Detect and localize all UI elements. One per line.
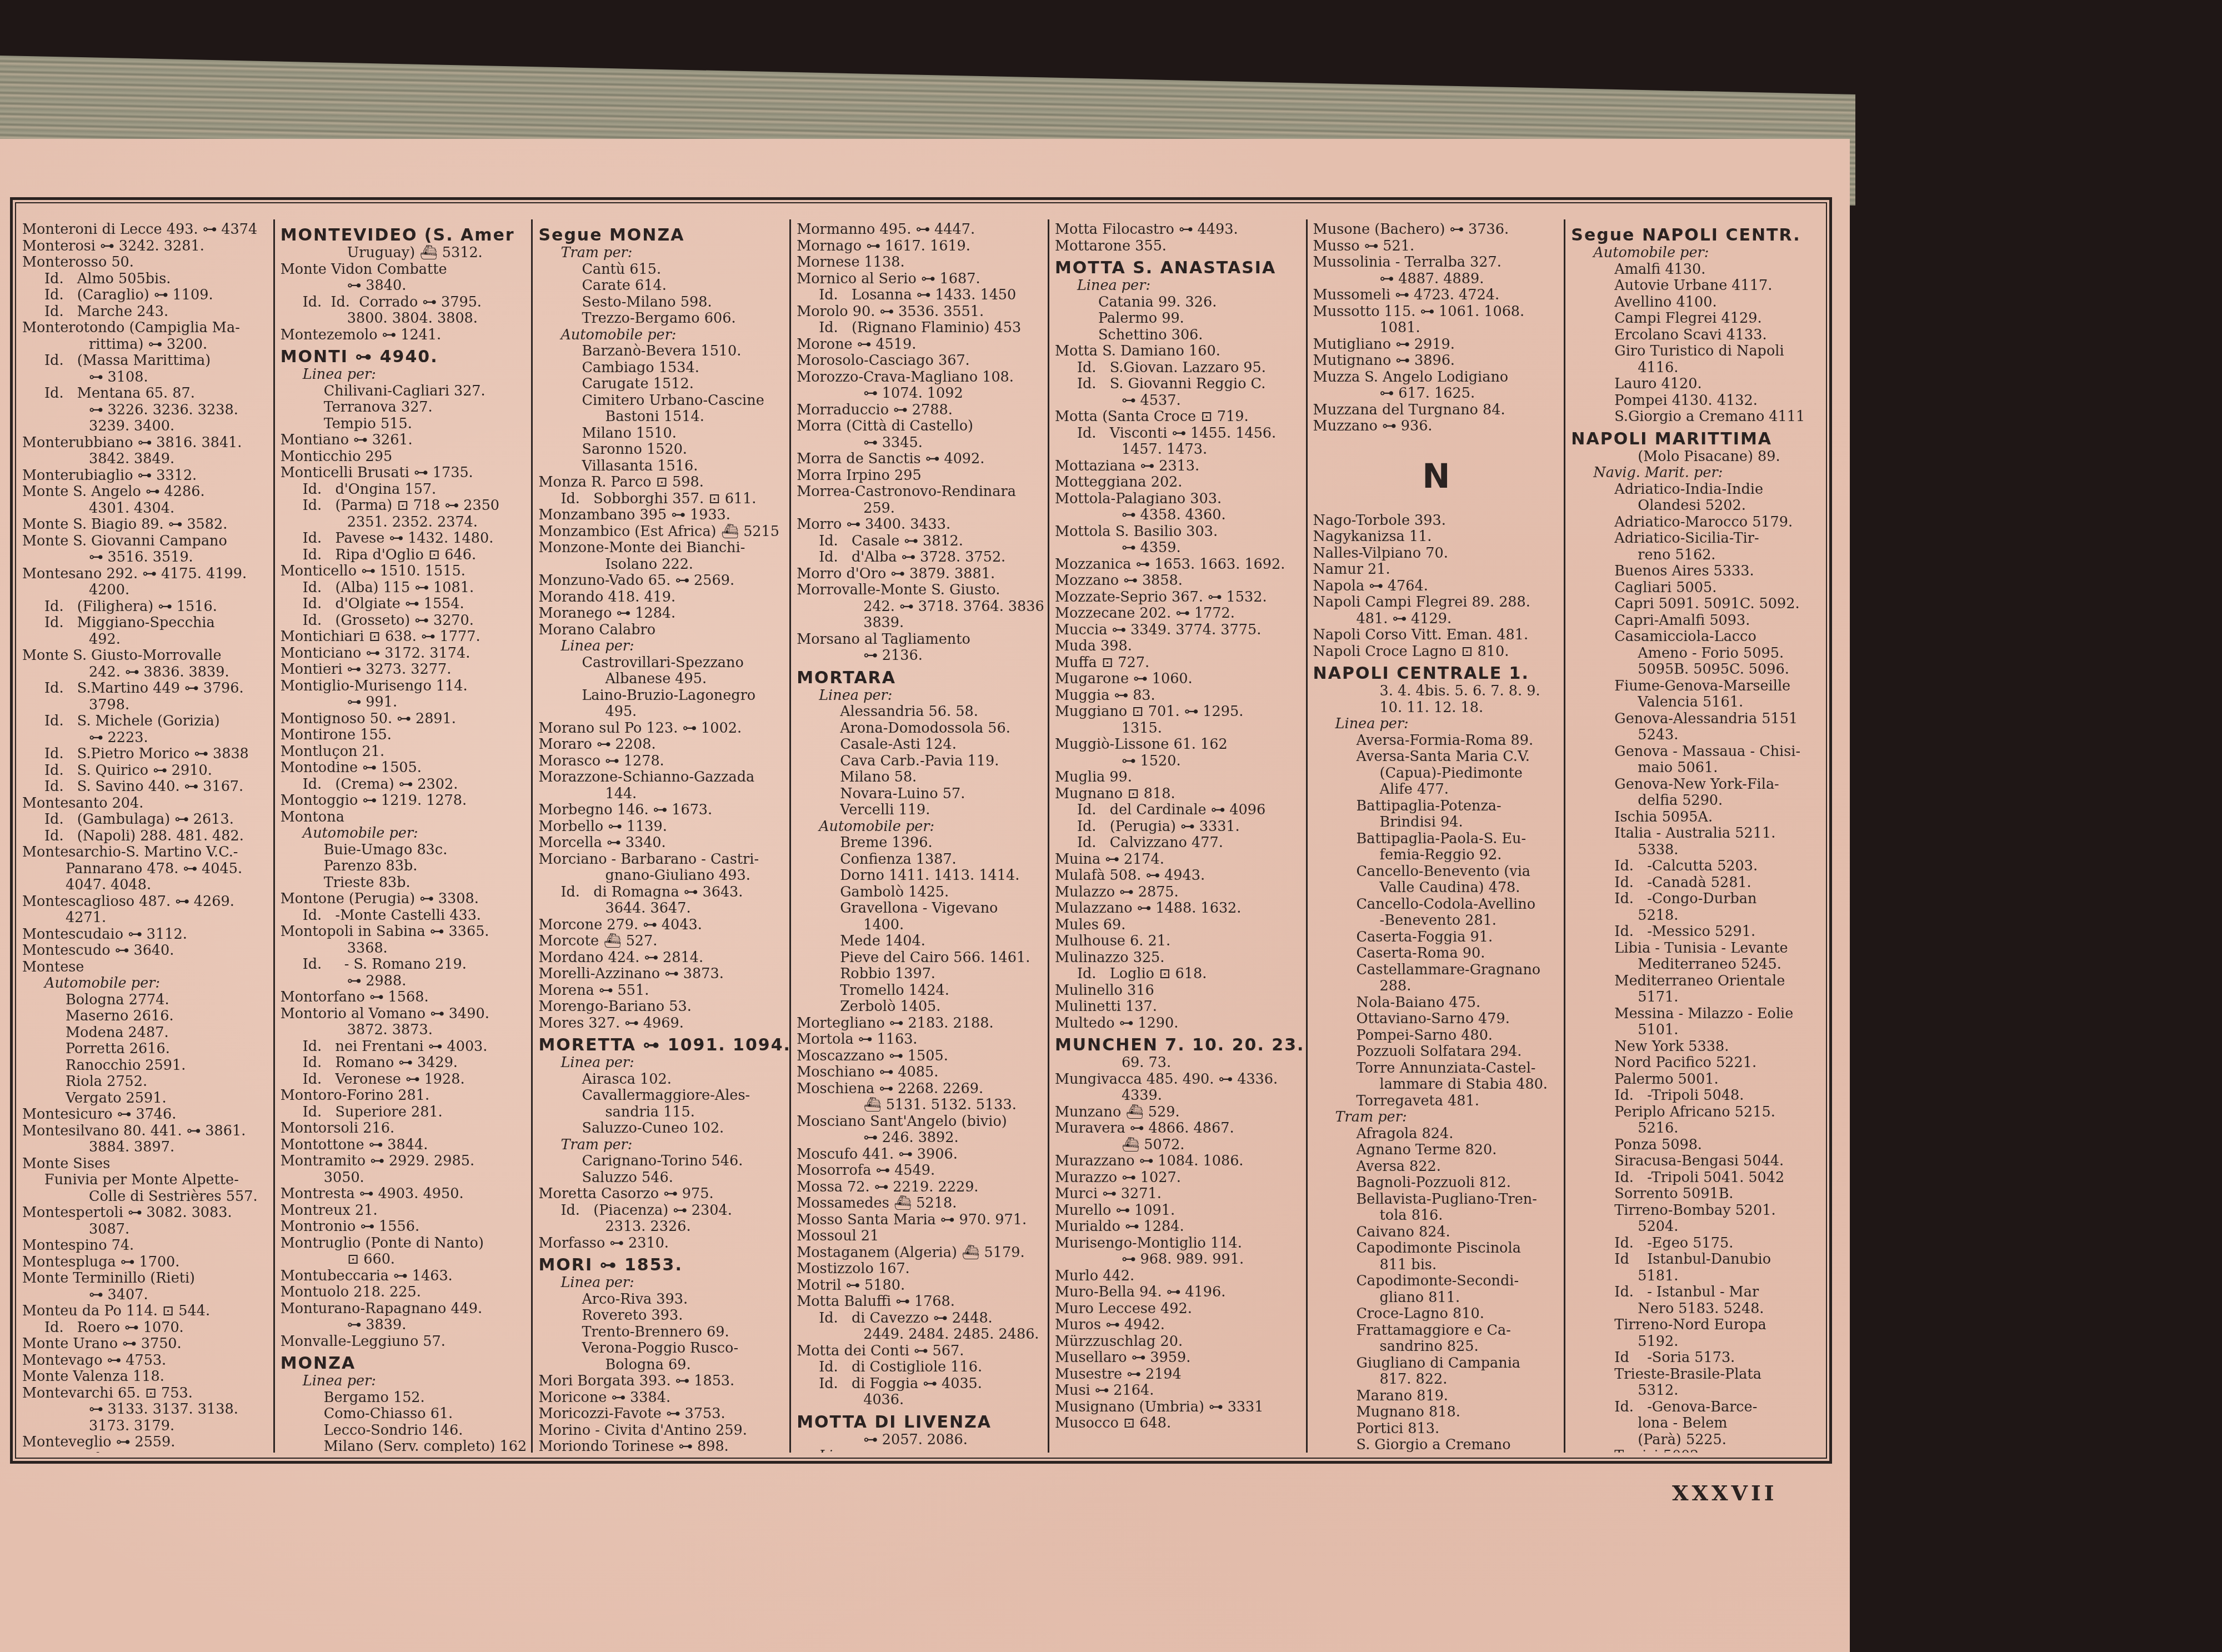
index-entry: 3050. [281,1170,527,1187]
index-entry: Motta Filocastro ⊶ 4493. [1055,222,1302,238]
index-entry: 5101. [1571,1022,1818,1039]
index-entry: Id. di Romagna ⊶ 3643. [538,884,785,901]
index-entry: Murci ⊶ 3271. [1055,1186,1302,1203]
index-entry: ⊶ 3226. 3236. 3238. [22,402,269,419]
index-entry: Montescudo ⊶ 3640. [22,943,269,959]
index-entry: Arona-Domodossola 56. [797,720,1043,737]
index-entry: 5204. [1571,1219,1818,1235]
index-entry: Castrovillari-Spezzano [538,655,785,672]
letter-divider: N [1313,452,1560,502]
index-entry: Pieve del Cairo 566. 1461. [797,950,1043,967]
index-entry: Mozzanica ⊶ 1653. 1663. 1692. [1055,557,1302,573]
index-entry: 69. 73. [1055,1055,1302,1072]
index-entry: Mosorrofa ⊶ 4549. [797,1163,1043,1179]
index-entry: Mürzzuschlag 20. [1055,1334,1302,1350]
index-entry: ⊶ 3345. [797,435,1043,452]
index-entry: Messina - Milazzo - Eolie [1571,1006,1818,1023]
index-entry: Vercelli 119. [797,802,1043,819]
section-heading: MORTARA [797,669,1043,688]
index-entry: Airasca 102. [538,1072,785,1088]
index-entry: Monzambico (Est Africa) ⛴ 5215 [538,524,785,540]
index-entry: Riola 2752. [22,1074,269,1090]
index-entry: Muggia ⊶ 83. [1055,688,1302,704]
index-entry: Croce-Lagno 810. [1313,1306,1560,1323]
index-entry: Genova-Alessandria 5151 [1571,711,1818,728]
index-entry: Montodine ⊶ 1505. [281,760,527,777]
index-entry: Monte S. Angelo ⊶ 4286. [22,484,269,500]
index-entry: 3644. 3647. [538,900,785,917]
index-entry: Saluzzo-Cuneo 102. [538,1120,785,1137]
index-entry: Valle Caudina) 478. [1313,880,1560,897]
index-entry: lammare di Stabia 480. [1313,1077,1560,1093]
index-entry: Mossoul 21 [797,1228,1043,1245]
index-entry: Id. - S. Romano 219. [281,957,527,973]
index-entry: Muravera ⊶ 4866. 4867. [1055,1120,1302,1137]
index-entry: Mugnano ⊡ 818. [1055,786,1302,803]
index-entry: Automobile per: [538,327,785,344]
index-entry: 242. ⊶ 3836. 3839. [22,664,269,681]
index-entry: Id. Almo 505bis. [22,271,269,288]
index-entry: Brindisi 94. [1313,814,1560,831]
index-entry: Chilivani-Cagliari 327. [281,383,527,400]
index-entry: Montevago ⊶ 4753. [22,1353,269,1369]
column-6: Musone (Bachero) ⊶ 3736.Musso ⊶ 521.Muss… [1308,219,1566,1453]
index-entry: Muzza S. Angelo Lodigiano [1313,369,1560,386]
index-entry: Siracusa-Bengasi 5044. [1571,1153,1818,1170]
index-entry: 288. [1313,978,1560,995]
index-entry: Frattamaggiore e Ca- [1313,1323,1560,1339]
index-entry: Montiano ⊶ 3261. [281,432,527,449]
index-entry: Id. S.Pietro Morico ⊶ 3838 [22,746,269,763]
index-entry: Montesarchio-S. Martino V.C.- [22,844,269,861]
index-entry: Montoggio ⊶ 1219. 1278. [281,793,527,809]
index-entry: Mornago ⊶ 1617. 1619. [797,238,1043,255]
index-entry: ⊶ 617. 1625. [1313,386,1560,402]
index-entry: Id. -Tripoli 5041. 5042 [1571,1170,1818,1187]
index-entry: ⊶ 2136. [797,648,1043,664]
index-entry: Morelli-Azzinano ⊶ 3873. [538,966,785,983]
index-entry: ⛴ 5131. 5132. 5133. [797,1097,1043,1114]
index-entry: Id Istanbul-Danubio [1571,1251,1818,1268]
index-entry: Monte S. Giovanni Campano [22,533,269,550]
index-entry: Bergamo 152. [281,1390,527,1406]
index-entry: Morena ⊶ 551. [538,983,785,999]
index-entry: Sorrento 5091B. [1571,1186,1818,1203]
index-entry: Buenos Aires 5333. [1571,563,1818,580]
column-2: MONTEVIDEO (S. AmerUruguay) ⛴ 5312.Monte… [275,219,533,1453]
index-entry: 5338. [1571,842,1818,859]
index-entry: Linea per: [538,1275,785,1291]
index-entry: Montesilvano 80. 441. ⊶ 3861. [22,1123,269,1140]
index-entry: Aversa 822. [1313,1159,1560,1175]
index-entry: Breme 1396. [797,835,1043,852]
index-entry: Tempio 515. [281,416,527,433]
index-entry: Tirreno-Bombay 5201. [1571,1203,1818,1219]
index-entry: Albanese 495. [538,671,785,688]
index-entry: 5243. [1571,727,1818,744]
index-entry: Mozzecane 202. ⊶ 1772. [1055,605,1302,622]
index-entry: Musone (Bachero) ⊶ 3736. [1313,222,1560,238]
index-entry: Linea per: [281,367,527,383]
index-entry: Pompei-Sarno 480. [1313,1028,1560,1044]
index-entry: Bagnoli-Pozzuoli 812. [1313,1175,1560,1192]
index-entry: Id. Romano ⊶ 3429. [281,1055,527,1072]
column-1: Monteroni di Lecce 493. ⊶ 4374Monterosi … [17,219,275,1453]
index-entry: Bastoni 1514. [538,409,785,425]
index-entry: Id. Mentana 65. 87. [22,386,269,402]
index-entry: Nola-Baiano 475. [1313,995,1560,1012]
index-entry: Verona-Poggio Rusco- [538,1340,785,1357]
index-entry: Id. di Foggia ⊶ 4035. [797,1376,1043,1393]
index-entry: ⊶ 2988. [281,973,527,990]
index-entry: Monteroni di Lecce 493. ⊶ 4374 [22,222,269,238]
index-entry: Isolano 222. [538,557,785,573]
index-entry: Murisengo-Montiglio 114. [1055,1235,1302,1252]
index-entry: Genova-New York-Fila- [1571,777,1818,793]
index-entry: Montescudaio ⊶ 3112. [22,927,269,943]
section-heading: MOTTA DI LIVENZA [797,1413,1043,1432]
index-entry: Mostaganem (Algeria) ⛴ 5179. [797,1245,1043,1261]
index-entry: Mulhouse 6. 21. [1055,933,1302,950]
index-entry: 3800. 3804. 3808. [281,311,527,327]
index-entry: Id. -Canadà 5281. [1571,875,1818,892]
index-entry: (Capua)-Piedimonte [1313,765,1560,782]
index-entry: Robbio 1397. [797,966,1043,983]
index-entry: Id. S. Quirico ⊶ 2910. [22,763,269,779]
index-entry: Mede 1404. [797,933,1043,950]
index-entry: Id. Superiore 281. [281,1104,527,1121]
index-entry: Id. -Egeo 5175. [1571,1235,1818,1252]
index-entry: Muccia ⊶ 3349. 3774. 3775. [1055,622,1302,639]
index-entry: Automobile per: [281,825,527,842]
index-entry: Caivano 824. [1313,1224,1560,1241]
index-entry: Automobile per: [1571,245,1818,262]
index-entry: Mussotto 115. ⊶ 1061. 1068. [1313,304,1560,321]
index-entry: Id. S.Martino 449 ⊶ 3796. [22,680,269,697]
index-entry: Id. -Messico 5291. [1571,924,1818,940]
index-entry: Linea per: [538,638,785,655]
index-entry: Motteggiana 202. [1055,474,1302,491]
index-entry: Id. -Monte Castelli 433. [281,908,527,924]
index-entry: Automobile per: [22,975,269,992]
index-entry: Id. (Gambulaga) ⊶ 2613. [22,812,269,828]
index-entry: 817. 822. [1313,1371,1560,1388]
column-4: Mormanno 495. ⊶ 4447.Mornago ⊶ 1617. 161… [791,219,1049,1453]
index-entry: Id. (Grosseto) ⊶ 3270. [281,613,527,629]
index-entry: 5171. [1571,989,1818,1006]
index-entry: Mottarone 355. [1055,238,1302,255]
index-entry: Montronio ⊶ 1556. [281,1219,527,1235]
index-entry: femia-Reggio 92. [1313,847,1560,864]
index-entry: gliano 811. [1313,1290,1560,1306]
index-entry: ⊶ 3108. [22,369,269,386]
index-entry: Barzanò-Bevera 1510. [538,343,785,360]
section-heading: MONZA [281,1354,527,1373]
index-entry: ⊶ 2057. 2086. [797,1432,1043,1449]
index-entry: Monterubbiano ⊶ 3816. 3841. [22,435,269,452]
index-entry: Genova - Massaua - Chisi- [1571,744,1818,760]
index-entry: (Molo Pisacane) 89. [1571,449,1818,465]
index-entry: Cancello-Benevento (via [1313,864,1560,880]
index-entry: Torregaveta 481. [1313,1093,1560,1110]
index-entry: Morra (Città di Castello) [797,418,1043,435]
index-entry: Agnano Terme 820. [1313,1142,1560,1159]
index-entry: Monterubiaglio ⊶ 3312. [22,468,269,484]
index-entry: Mozzano ⊶ 3858. [1055,573,1302,589]
index-entry: Moriondo Torinese ⊶ 898. [538,1439,785,1453]
index-entry: Montuolo 218. 225. [281,1284,527,1301]
index-entry: Id. (Massa Marittima) [22,353,269,369]
index-entry: Moricozzi-Favote ⊶ 3753. [538,1406,785,1423]
index-entry: Id. d'Alba ⊶ 3728. 3752. [797,549,1043,566]
index-entry: Morra de Sanctis ⊶ 4092. [797,451,1043,468]
index-entry: Libia - Tunisia - Levante [1571,940,1818,957]
index-entry: Moranego ⊶ 1284. [538,605,785,622]
index-entry: S. Giorgio a Cremano [1313,1437,1560,1453]
index-entry: Carignano-Torino 546. [538,1153,785,1170]
section-heading: NAPOLI CENTRALE 1. [1313,664,1560,683]
index-entry: Mottaziana ⊶ 2313. [1055,458,1302,475]
index-entry: Id. (Parma) ⊡ 718 ⊶ 2350 [281,498,527,514]
index-entry: Laino-Bruzio-Lagonegro [538,688,785,704]
index-entry: Navig. Marit. per: [1571,465,1818,482]
index-entry: Dorno 1411. 1413. 1414. [797,868,1043,884]
index-entry: ⊶ 3840. [281,278,527,294]
index-entry: Morcella ⊶ 3340. [538,835,785,852]
index-entry: Montevarchi 65. ⊡ 753. [22,1385,269,1402]
index-entry: Schettino 306. [1055,327,1302,344]
index-entry: Palermo 5001. [1571,1072,1818,1088]
index-entry: Giro Turistico di Napoli [1571,343,1818,360]
index-entry: Montignoso 50. ⊶ 2891. [281,711,527,728]
index-entry: Monteveglio ⊶ 2559. [22,1434,269,1451]
index-entry: delfia 5290. [1571,793,1818,809]
index-entry: Linea per: [281,1373,527,1390]
index-entry: Carugate 1512. [538,376,785,393]
index-entry: 144. [538,786,785,803]
index-entry: Montone (Perugia) ⊶ 3308. [281,891,527,908]
index-entry: Montluçon 21. [281,744,527,760]
index-entry: Musellaro ⊶ 3959. [1055,1350,1302,1366]
index-entry: Muro-Bella 94. ⊶ 4196. [1055,1284,1302,1301]
index-entry: Musi ⊶ 2164. [1055,1383,1302,1399]
index-entry: 3842. 3849. [22,451,269,468]
index-entry: Carate 614. [538,278,785,294]
index-entry: Linea per: [797,688,1043,704]
index-entry: Afragola 824. [1313,1126,1560,1143]
index-entry: Montiglio-Murisengo 114. [281,678,527,695]
index-entry: Como-Chiasso 61. [281,1406,527,1423]
index-entry: Morasco ⊶ 1278. [538,753,785,770]
index-entry: Morraduccio ⊶ 2788. [797,402,1043,419]
index-entry: Trieste-Brasile-Plata [1571,1366,1818,1383]
section-heading: MONTEVIDEO (S. Amer [281,226,527,245]
index-entry: Namur 21. [1313,562,1560,578]
index-entry: Nagykanizsa 11. [1313,529,1560,545]
index-entry: Montruglio (Ponte di Nanto) [281,1235,527,1252]
index-entry: 3173. 3179. [22,1418,269,1435]
index-entry: Automobile per: [797,819,1043,835]
index-entry: S.Giorgio a Cremano 4111 [1571,409,1818,425]
index-entry: Montichiari ⊡ 638. ⊶ 1777. [281,629,527,645]
index-entry: Mottola-Palagiano 303. [1055,491,1302,508]
index-entry: Castellammare-Gragnano [1313,962,1560,979]
index-entry: Autovie Urbane 4117. [1571,278,1818,294]
index-entry: Morone ⊶ 4519. [797,337,1043,353]
index-entry: Amalfi 4130. [1571,262,1818,278]
index-entry: 4339. [1055,1088,1302,1104]
index-entry: Sesto-Milano 598. [538,294,785,311]
index-entry: Muggiano ⊡ 701. ⊶ 1295. [1055,704,1302,720]
index-entry: Id. (Crema) ⊶ 2302. [281,777,527,793]
index-entry: Id. S. Michele (Gorizia) [22,713,269,730]
index-entry: Tram per: [1313,1109,1560,1126]
index-entry: Cancello-Codola-Avellino [1313,897,1560,913]
index-entry: Motta S. Damiano 160. [1055,343,1302,360]
index-entry: 495. [538,704,785,720]
index-entry: Id -Soria 5173. [1571,1350,1818,1366]
index-entry: Mungivacca 485. 490. ⊶ 4336. [1055,1072,1302,1088]
index-entry: 811 bis. [1313,1257,1560,1274]
page-number: XXXVII [1672,1480,1777,1505]
index-entry: ⊶ 4359. [1055,540,1302,557]
index-entry: 1315. [1055,720,1302,737]
index-entry: Mortegliano ⊶ 2183. 2188. [797,1015,1043,1032]
index-entry: Maserno 2616. [22,1008,269,1025]
index-entry: Cimitero Urbano-Cascine [538,393,785,409]
index-entry: Alessandria 56. 58. [797,704,1043,720]
index-entry: Motta (Santa Croce ⊡ 719. [1055,409,1302,425]
index-entry: Saronno 1520. [538,442,785,458]
index-entry: Monticchio 295 [281,449,527,465]
index-entry: Morengo-Bariano 53. [538,999,785,1015]
index-entry: Capri-Amalfi 5093. [1571,613,1818,629]
index-entry: Id. -Calcutta 5203. [1571,858,1818,875]
index-entry: Battipaglia-Potenza- [1313,798,1560,815]
index-entry: 1457. 1473. [1055,442,1302,458]
index-entry: Montoro-Forino 281. [281,1088,527,1104]
index-entry: ⊶ 3407. [22,1287,269,1304]
index-entry: Mostizzolo 167. [797,1261,1043,1278]
index-entry: Monte Valenza 118. [22,1369,269,1385]
section-heading: MONTI ⊶ 4940. [281,348,527,367]
section-heading: MUNCHEN 7. 10. 20. 23. [1055,1036,1302,1055]
index-entry: Trieste 83b. [281,875,527,892]
index-entry: Muros ⊶ 4942. [1055,1317,1302,1334]
index-entry: Avellino 4100. [1571,294,1818,311]
index-entry: Montespluga ⊶ 1700. [22,1254,269,1271]
index-entry: Id. (Piacenza) ⊶ 2304. [538,1203,785,1219]
index-entry: -Benevento 281. [1313,913,1560,929]
index-entry: Montesano 292. ⊶ 4175. 4199. [22,566,269,583]
index-entry: Monzuno-Vado 65. ⊶ 2569. [538,573,785,589]
index-entry: Montirone 155. [281,727,527,744]
index-entry: Terranova 327. [281,399,527,416]
index-entry: Id. Roero ⊶ 1070. [22,1320,269,1336]
index-entry: 3884. 3897. [22,1139,269,1156]
index-entry: tola 816. [1313,1208,1560,1224]
index-entry: Cavallermaggiore-Ales- [538,1088,785,1104]
index-entry: Monticelli Brusati ⊶ 1735. [281,465,527,482]
index-entry: Id. Ripa d'Oglio ⊡ 646. [281,547,527,564]
index-entry: Milano 1510. [538,425,785,442]
index-entry: Mornese 1138. [797,254,1043,271]
index-entry: Morrovalle-Monte S. Giusto. [797,582,1043,599]
index-entry: 3872. 3873. [281,1022,527,1039]
index-entry: Mugnano 818. [1313,1404,1560,1421]
index-entry: Olandesi 5202. [1571,498,1818,514]
index-entry: Mules 69. [1055,917,1302,934]
index-entry: Monterotondo (Campiglia Ma- [22,320,269,337]
index-entry: Montorio al Vomano ⊶ 3490. [281,1006,527,1023]
index-entry: Morbello ⊶ 1139. [538,819,785,835]
index-entry: Murialdo ⊶ 1284. [1055,1219,1302,1235]
index-entry: Morciano - Barbarano - Castri- [538,852,785,868]
index-entry: Mediterraneo 5245. [1571,957,1818,973]
index-entry: 242. ⊶ 3718. 3764. 3836 [797,599,1043,615]
index-entry: Mornico al Serio ⊶ 1687. [797,271,1043,288]
index-entry: Id. di Cavezzo ⊶ 2448. [797,1310,1043,1327]
index-entry: Linea per: [538,1055,785,1072]
index-entry: Uruguay) ⛴ 5312. [281,245,527,262]
index-entry: Id. Miggiano-Specchia [22,615,269,632]
index-entry: Morra Irpino 295 [797,468,1043,484]
index-entry: Moricone ⊶ 3384. [538,1390,785,1406]
index-entry: Monterosso 50. [22,254,269,271]
index-entry: Mulinazzo 325. [1055,950,1302,967]
index-entry: Mulinello 316 [1055,983,1302,999]
index-entry: 3368. [281,940,527,957]
index-entry: Funivia per Monte Alpette- [22,1172,269,1189]
index-entry: Motta Baluffi ⊶ 1768. [797,1294,1043,1310]
index-entry: Tromello 1424. [797,983,1043,999]
index-entry: Rovereto 393. [538,1308,785,1324]
index-entry: ⊶ 2223. [22,730,269,747]
index-entry: Mosso Santa Maria ⊶ 970. 971. [797,1212,1043,1229]
index-entry: 3. 4. 4bis. 5. 6. 7. 8. 9. [1313,683,1560,700]
index-entry: Mugarone ⊶ 1060. [1055,671,1302,688]
index-entry: Porretta 2616. [22,1041,269,1058]
index-entry: Murello ⊶ 1091. [1055,1203,1302,1219]
index-entry: Tram per: [538,245,785,262]
index-entry: Ranocchio 2591. [22,1058,269,1074]
index-entry: Morazzone-Schianno-Gazzada [538,769,785,786]
index-entry: ⊶ 3516. 3519. [22,549,269,566]
index-entry: Moretta Casorzo ⊶ 975. [538,1186,785,1203]
index-entry: Colle di Sestrières 557. [22,1189,269,1205]
index-columns: Monteroni di Lecce 493. ⊶ 4374Monterosi … [17,219,1822,1453]
index-entry: Mutignano ⊶ 3896. [1313,353,1560,369]
index-entry: Monte S. Giusto-Morrovalle [22,648,269,664]
index-entry: Cava Carb.-Pavia 119. [797,753,1043,770]
index-entry: Capodimonte-Secondi- [1313,1273,1560,1290]
index-entry: Pozzuoli Solfatara 294. [1313,1044,1560,1060]
section-heading: MOTTA S. ANASTASIA [1055,259,1302,278]
index-entry: 4301. 4304. [22,500,269,517]
index-entry: 259. [797,500,1043,517]
index-entry: Id. (Alba) 115 ⊶ 1081. [281,580,527,597]
index-entry: Montese [22,959,269,976]
index-entry: maio 5061. [1571,760,1818,777]
index-entry: Montesanto 204. [22,795,269,812]
index-entry: Id. -Tripoli 5048. [1571,1088,1818,1104]
index-entry: Musocco ⊡ 648. [1055,1415,1302,1432]
index-entry: Id. S.Giovan. Lazzaro 95. [1055,360,1302,377]
index-entry: 4047. 4048. [22,877,269,894]
index-entry: Montubeccaria ⊶ 1463. [281,1268,527,1285]
index-entry: Napoli Campi Flegrei 89. 288. [1313,594,1560,611]
section-heading: NAPOLI MARITTIMA [1571,430,1818,449]
